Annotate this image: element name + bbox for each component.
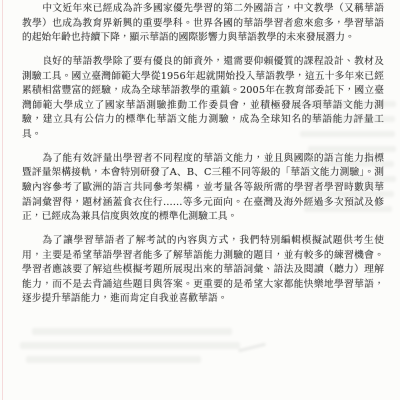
scan-edge-line [2, 0, 3, 400]
paragraph: 中文近年來已經成為許多國家優先學習的第二外國語言，中文教學（又稱華語教學）也成為… [22, 2, 384, 46]
document-text: 中文近年來已經成為許多國家優先學習的第二外國語言，中文教學（又稱華語教學）也成為… [22, 2, 384, 316]
paragraph: 為了讓學習華語者了解考試的內容與方式，我們特別編輯模擬試題供考生使用，主要是希望… [22, 234, 384, 307]
bleedthrough-artifact [26, 356, 201, 363]
paragraph: 為了能有效評量出學習者不同程度的華語文能力，並且與國際的語言能力指標暨評量架構接… [22, 152, 384, 225]
bleedthrough-artifact [32, 328, 232, 335]
bleedthrough-artifact [238, 343, 266, 353]
paragraph: 良好的華語教學除了要有優良的師資外，還需要仰賴優質的課程設計、教材及測驗工具。國… [22, 55, 384, 142]
bleedthrough-artifact [20, 342, 240, 349]
scanned-page: 中文近年來已經成為許多國家優先學習的第二外國語言，中文教學（又稱華語教學）也成為… [0, 0, 400, 400]
